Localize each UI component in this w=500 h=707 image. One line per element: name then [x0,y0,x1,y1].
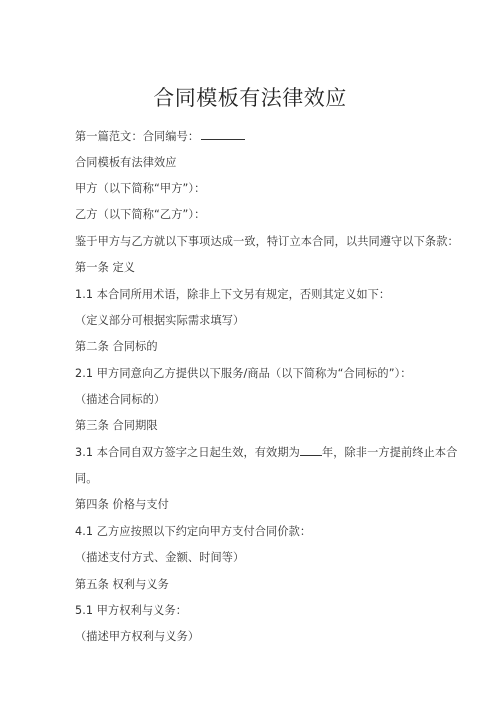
clause-3-1-line: 3.1 本合同自双方签字之日起生效，有效期为年，除非一方提前终止本合 [75,445,435,461]
preamble-line: 鉴于甲方与乙方就以下事项达成一致，特订立本合同，以共同遵守以下条款： [75,234,435,250]
clause-4-1-line: 4.1 乙方应按照以下约定向甲方支付合同价款： [75,524,435,540]
document-title: 合同模板有法律效应 [0,82,500,112]
contract-number-label: 第一篇范文：合同编号： [75,130,199,143]
note-5-line: （描述甲方权利与义务） [75,629,435,645]
clause-1-1-line: 1.1 本合同所用术语，除非上下文另有规定，否则其定义如下： [75,287,435,303]
note-4-line: （描述支付方式、金额、时间等） [75,550,435,566]
contract-number-blank [201,129,245,140]
article-5-heading: 第五条 权利与义务 [75,577,435,593]
party-a-line: 甲方（以下简称“甲方”）： [75,181,435,197]
contract-number-line: 第一篇范文：合同编号： [75,129,435,145]
note-1-line: （定义部分可根据实际需求填写） [75,313,435,329]
term-years-blank [300,445,322,456]
clause-5-1-line: 5.1 甲方权利与义务： [75,603,435,619]
document-page: 合同模板有法律效应 第一篇范文：合同编号： 合同模板有法律效应 甲方（以下简称“… [0,0,500,707]
article-2-heading: 第二条 合同标的 [75,339,435,355]
clause-3-1-continuation: 同。 [75,471,435,487]
note-2-line: （描述合同标的） [75,392,435,408]
article-3-heading: 第三条 合同期限 [75,418,435,434]
clause-3-1-suffix: 年，除非一方提前终止本合 [322,446,457,459]
article-1-heading: 第一条 定义 [75,260,435,276]
clause-2-1-line: 2.1 甲方同意向乙方提供以下服务/商品（以下简称为“合同标的”）： [75,366,435,382]
clause-3-1-prefix: 3.1 本合同自双方签字之日起生效，有效期为 [75,446,300,459]
party-b-line: 乙方（以下简称“乙方”）： [75,207,435,223]
article-4-heading: 第四条 价格与支付 [75,497,435,513]
subtitle-line: 合同模板有法律效应 [75,155,435,171]
